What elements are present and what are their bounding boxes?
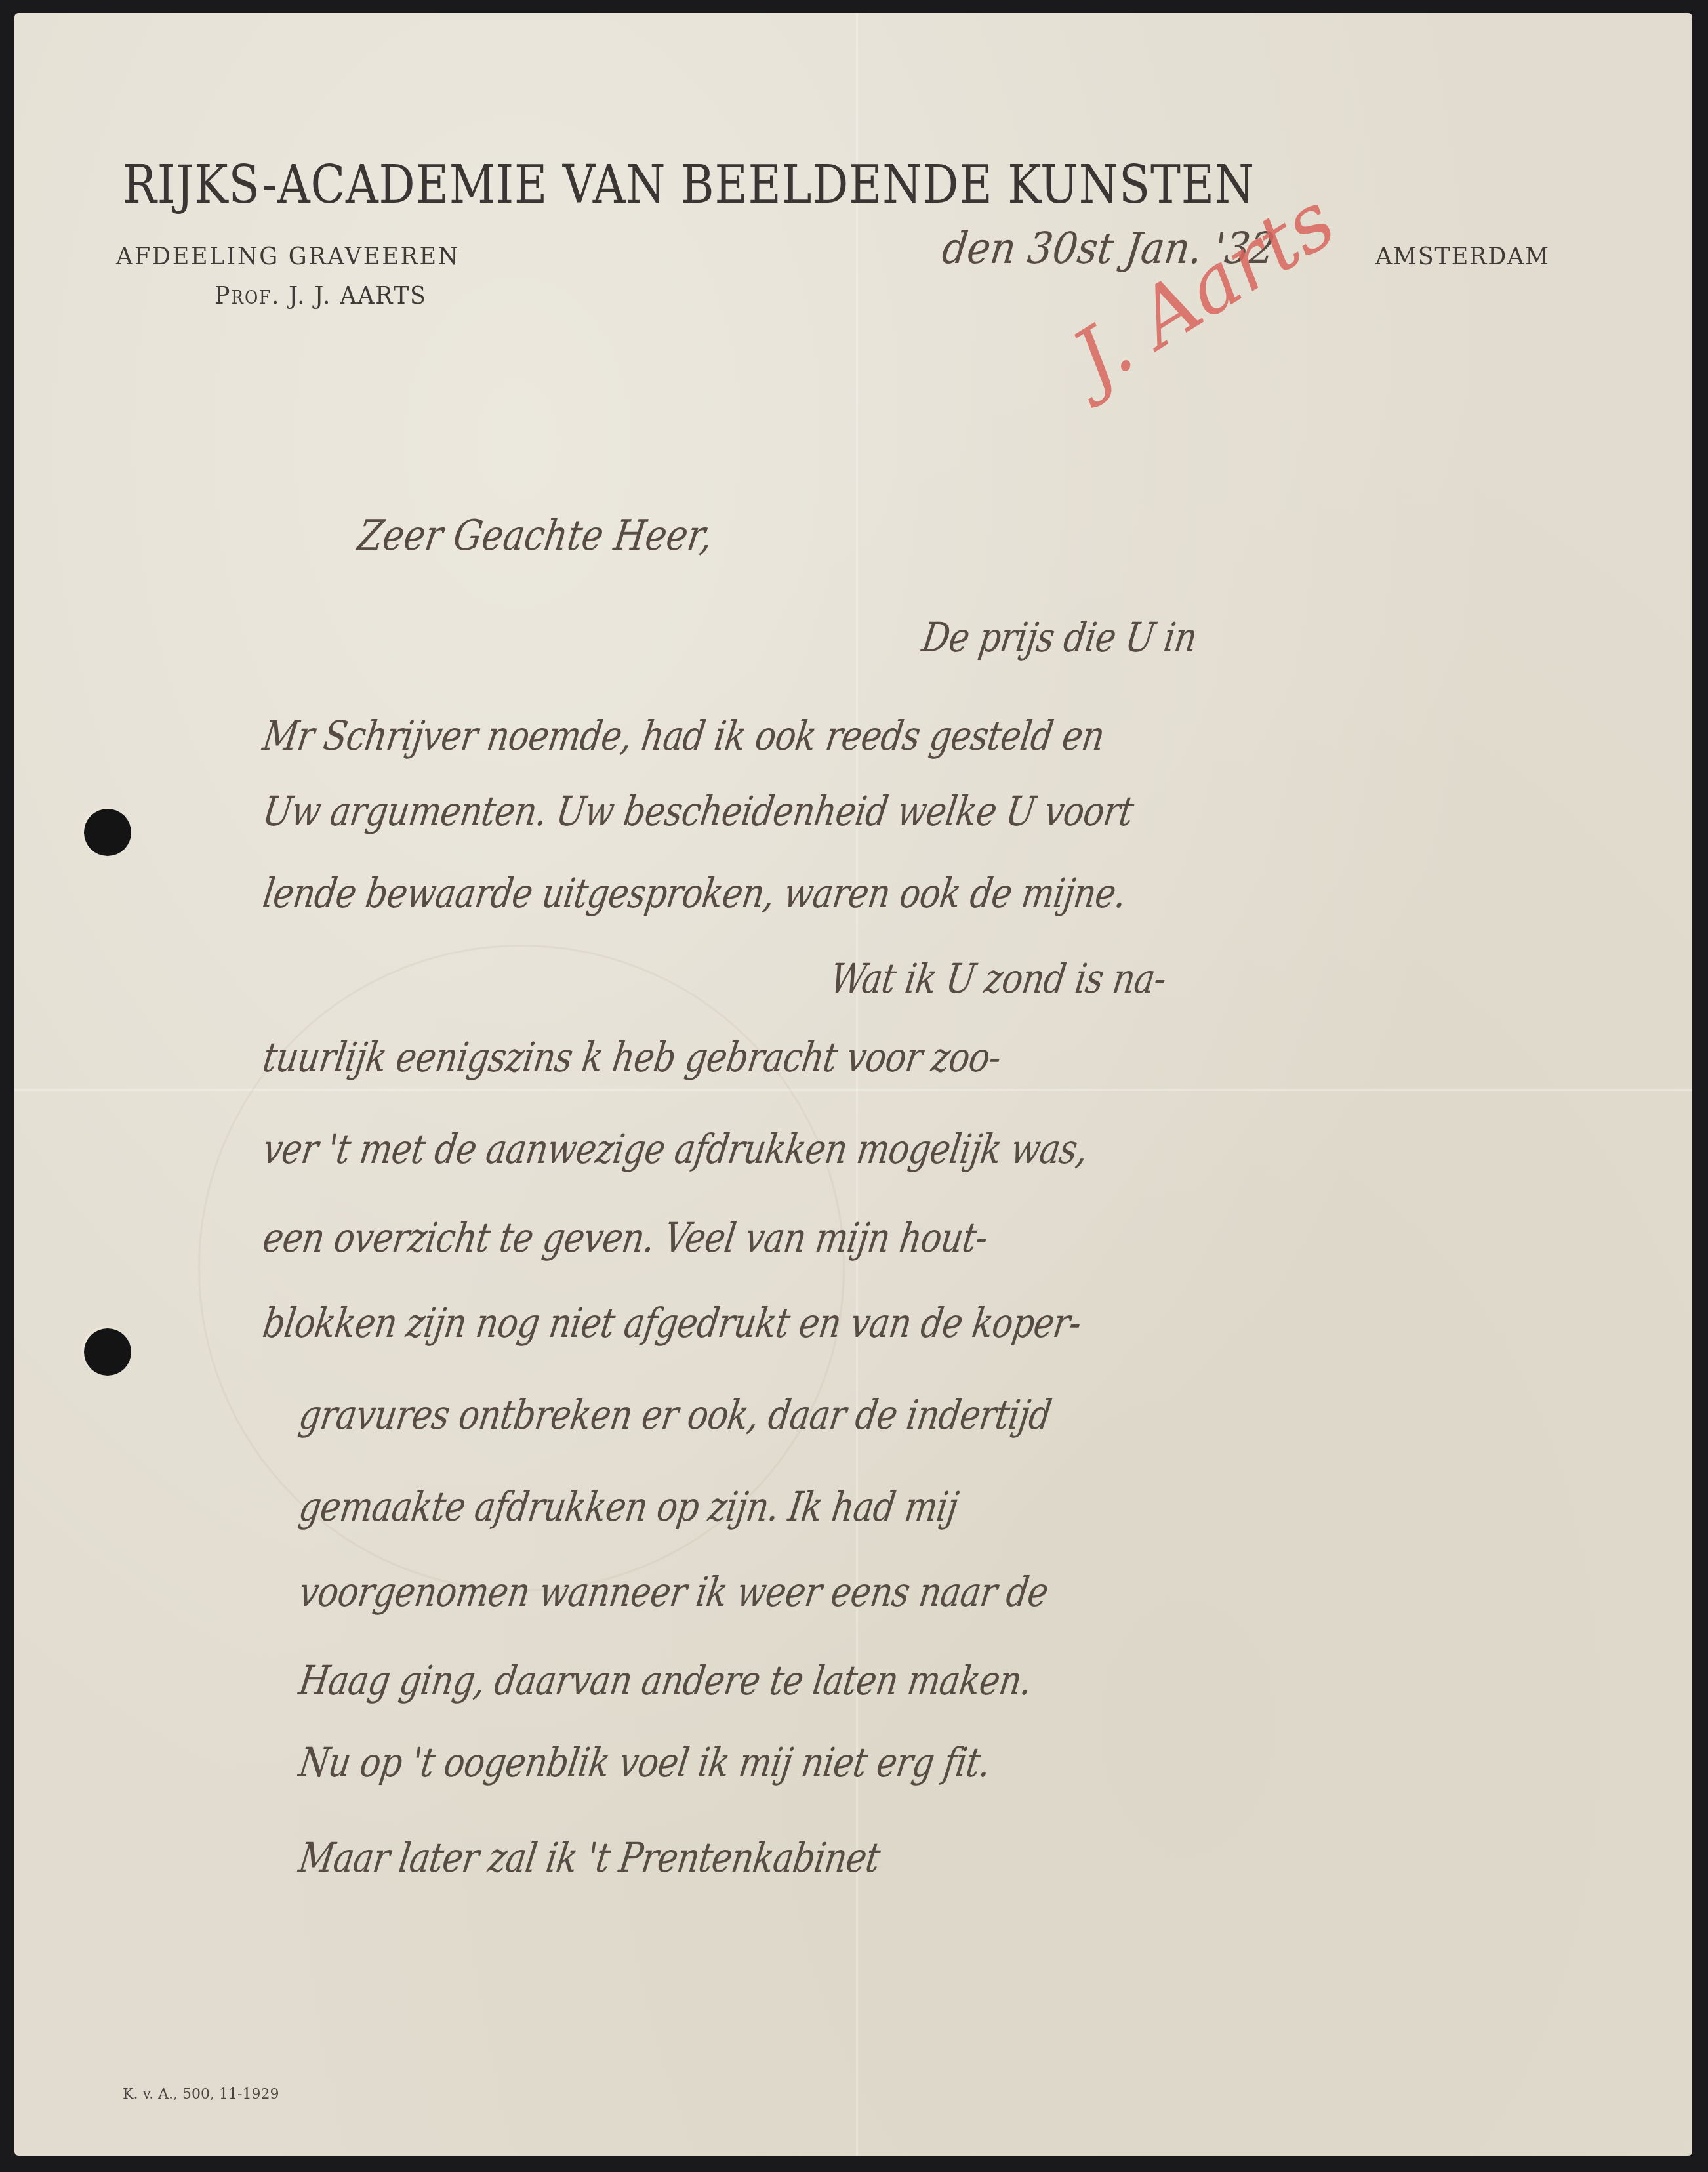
body-line: gemaakte afdrukken op zijn. Ik had mij	[296, 1483, 961, 1530]
printer-imprint: K. v. A., 500, 11-1929	[123, 2086, 279, 2102]
body-line: lende bewaarde uitgesproken, waren ook d…	[260, 869, 1129, 917]
body-line: een overzicht te geven. Veel van mijn ho…	[260, 1214, 990, 1261]
letterhead-institution: RIJKS-ACADEMIE VAN BEELDENDE KUNSTEN	[123, 154, 1398, 215]
body-line: Nu op 't oogenblik voel ik mij niet erg …	[296, 1738, 994, 1786]
punch-hole-icon	[84, 809, 131, 856]
letter-page: RIJKS-ACADEMIE VAN BEELDENDE KUNSTEN AFD…	[14, 13, 1692, 2156]
letterhead-department: AFDEELING GRAVEEREN	[116, 241, 460, 270]
letterhead-city: AMSTERDAM	[1375, 241, 1550, 270]
body-line: voorgenomen wanneer ik weer eens naar de	[296, 1568, 1051, 1616]
body-line: De prijs die U in	[919, 613, 1200, 661]
body-line: tuurlijk eenigszins k heb gebracht voor …	[260, 1033, 1004, 1081]
body-line: ver 't met de aanwezige afdrukken mogeli…	[260, 1125, 1091, 1173]
body-line: Haag ging, daarvan andere te laten maken…	[296, 1656, 1034, 1704]
body-line: Uw argumenten. Uw bescheidenheid welke U…	[260, 787, 1136, 835]
body-line: gravures ontbreken er ook, daar de inder…	[296, 1391, 1054, 1439]
body-line: Wat ik U zond is na-	[827, 954, 1169, 1002]
punch-hole-icon	[84, 1328, 131, 1376]
body-line: Mr Schrijver noemde, had ik ook reeds ge…	[260, 712, 1107, 760]
letterhead-professor: Prof. J. J. AARTS	[214, 281, 427, 310]
body-line: Maar later zal ik 't Prentenkabinet	[296, 1834, 883, 1881]
body-line: blokken zijn nog niet afgedrukt en van d…	[260, 1299, 1084, 1347]
salutation: Zeer Geachte Heer,	[355, 512, 716, 560]
